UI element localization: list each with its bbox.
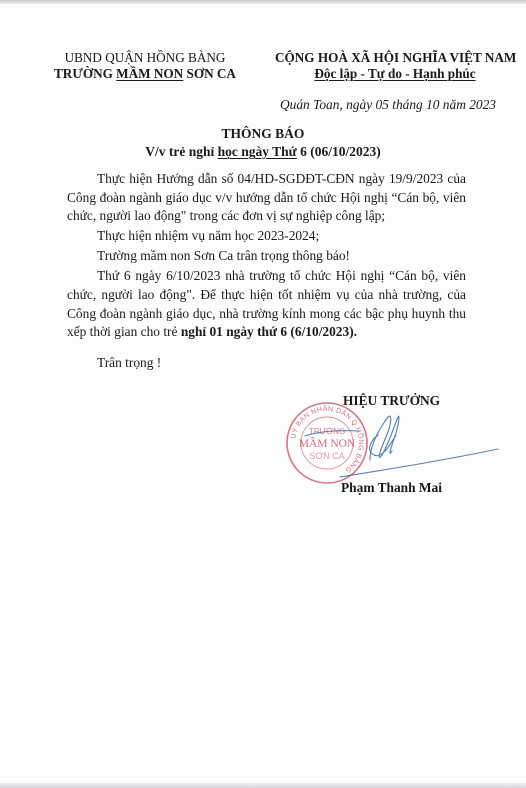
- school-name: TRƯỜNG MẦM NON SƠN CA: [40, 66, 250, 82]
- closing-line: Trân trọng !: [97, 355, 161, 371]
- authority-name: UBND QUẬN HỒNG BÀNG: [40, 50, 250, 66]
- body-paragraph-3: Trường mầm non Sơn Ca trân trọng thông b…: [67, 247, 466, 266]
- national-motto: Độc lập - Tự do - Hạnh phúc: [314, 66, 475, 81]
- signatory-title: HIỆU TRƯỞNG: [343, 393, 440, 409]
- handwritten-signature: [300, 405, 500, 485]
- header-left: UBND QUẬN HỒNG BÀNG TRƯỜNG MẦM NON SƠN C…: [40, 50, 250, 81]
- key-notice: nghỉ 01 ngày thứ 6 (6/10/2023).: [181, 324, 357, 339]
- nation-name: CỘNG HOÀ XÃ HỘI NGHĨA VIỆT NAM: [275, 50, 515, 66]
- signatory-name: Phạm Thanh Mai: [341, 480, 442, 496]
- document-title: THÔNG BÁO: [0, 126, 526, 142]
- document-body: Thực hiện Hướng dẫn số 04/HD-SGDĐT-CĐN n…: [67, 170, 466, 343]
- page-bottom-edge: [0, 783, 526, 788]
- date-line: Quán Toan, ngày 05 tháng 10 năm 2023: [280, 97, 496, 113]
- body-paragraph-2: Thực hiện nhiệm vụ năm học 2023-2024;: [67, 227, 466, 246]
- body-paragraph-1: Thực hiện Hướng dẫn số 04/HD-SGDĐT-CĐN n…: [67, 170, 466, 226]
- document-subtitle: V/v trẻ nghỉ học ngày Thứ 6 (06/10/2023): [0, 144, 526, 160]
- header-right: CỘNG HOÀ XÃ HỘI NGHĨA VIỆT NAM Độc lập -…: [275, 50, 515, 81]
- page-top-edge: [0, 0, 526, 4]
- body-paragraph-4: Thứ 6 ngày 6/10/2023 nhà trường tổ chức …: [67, 267, 466, 341]
